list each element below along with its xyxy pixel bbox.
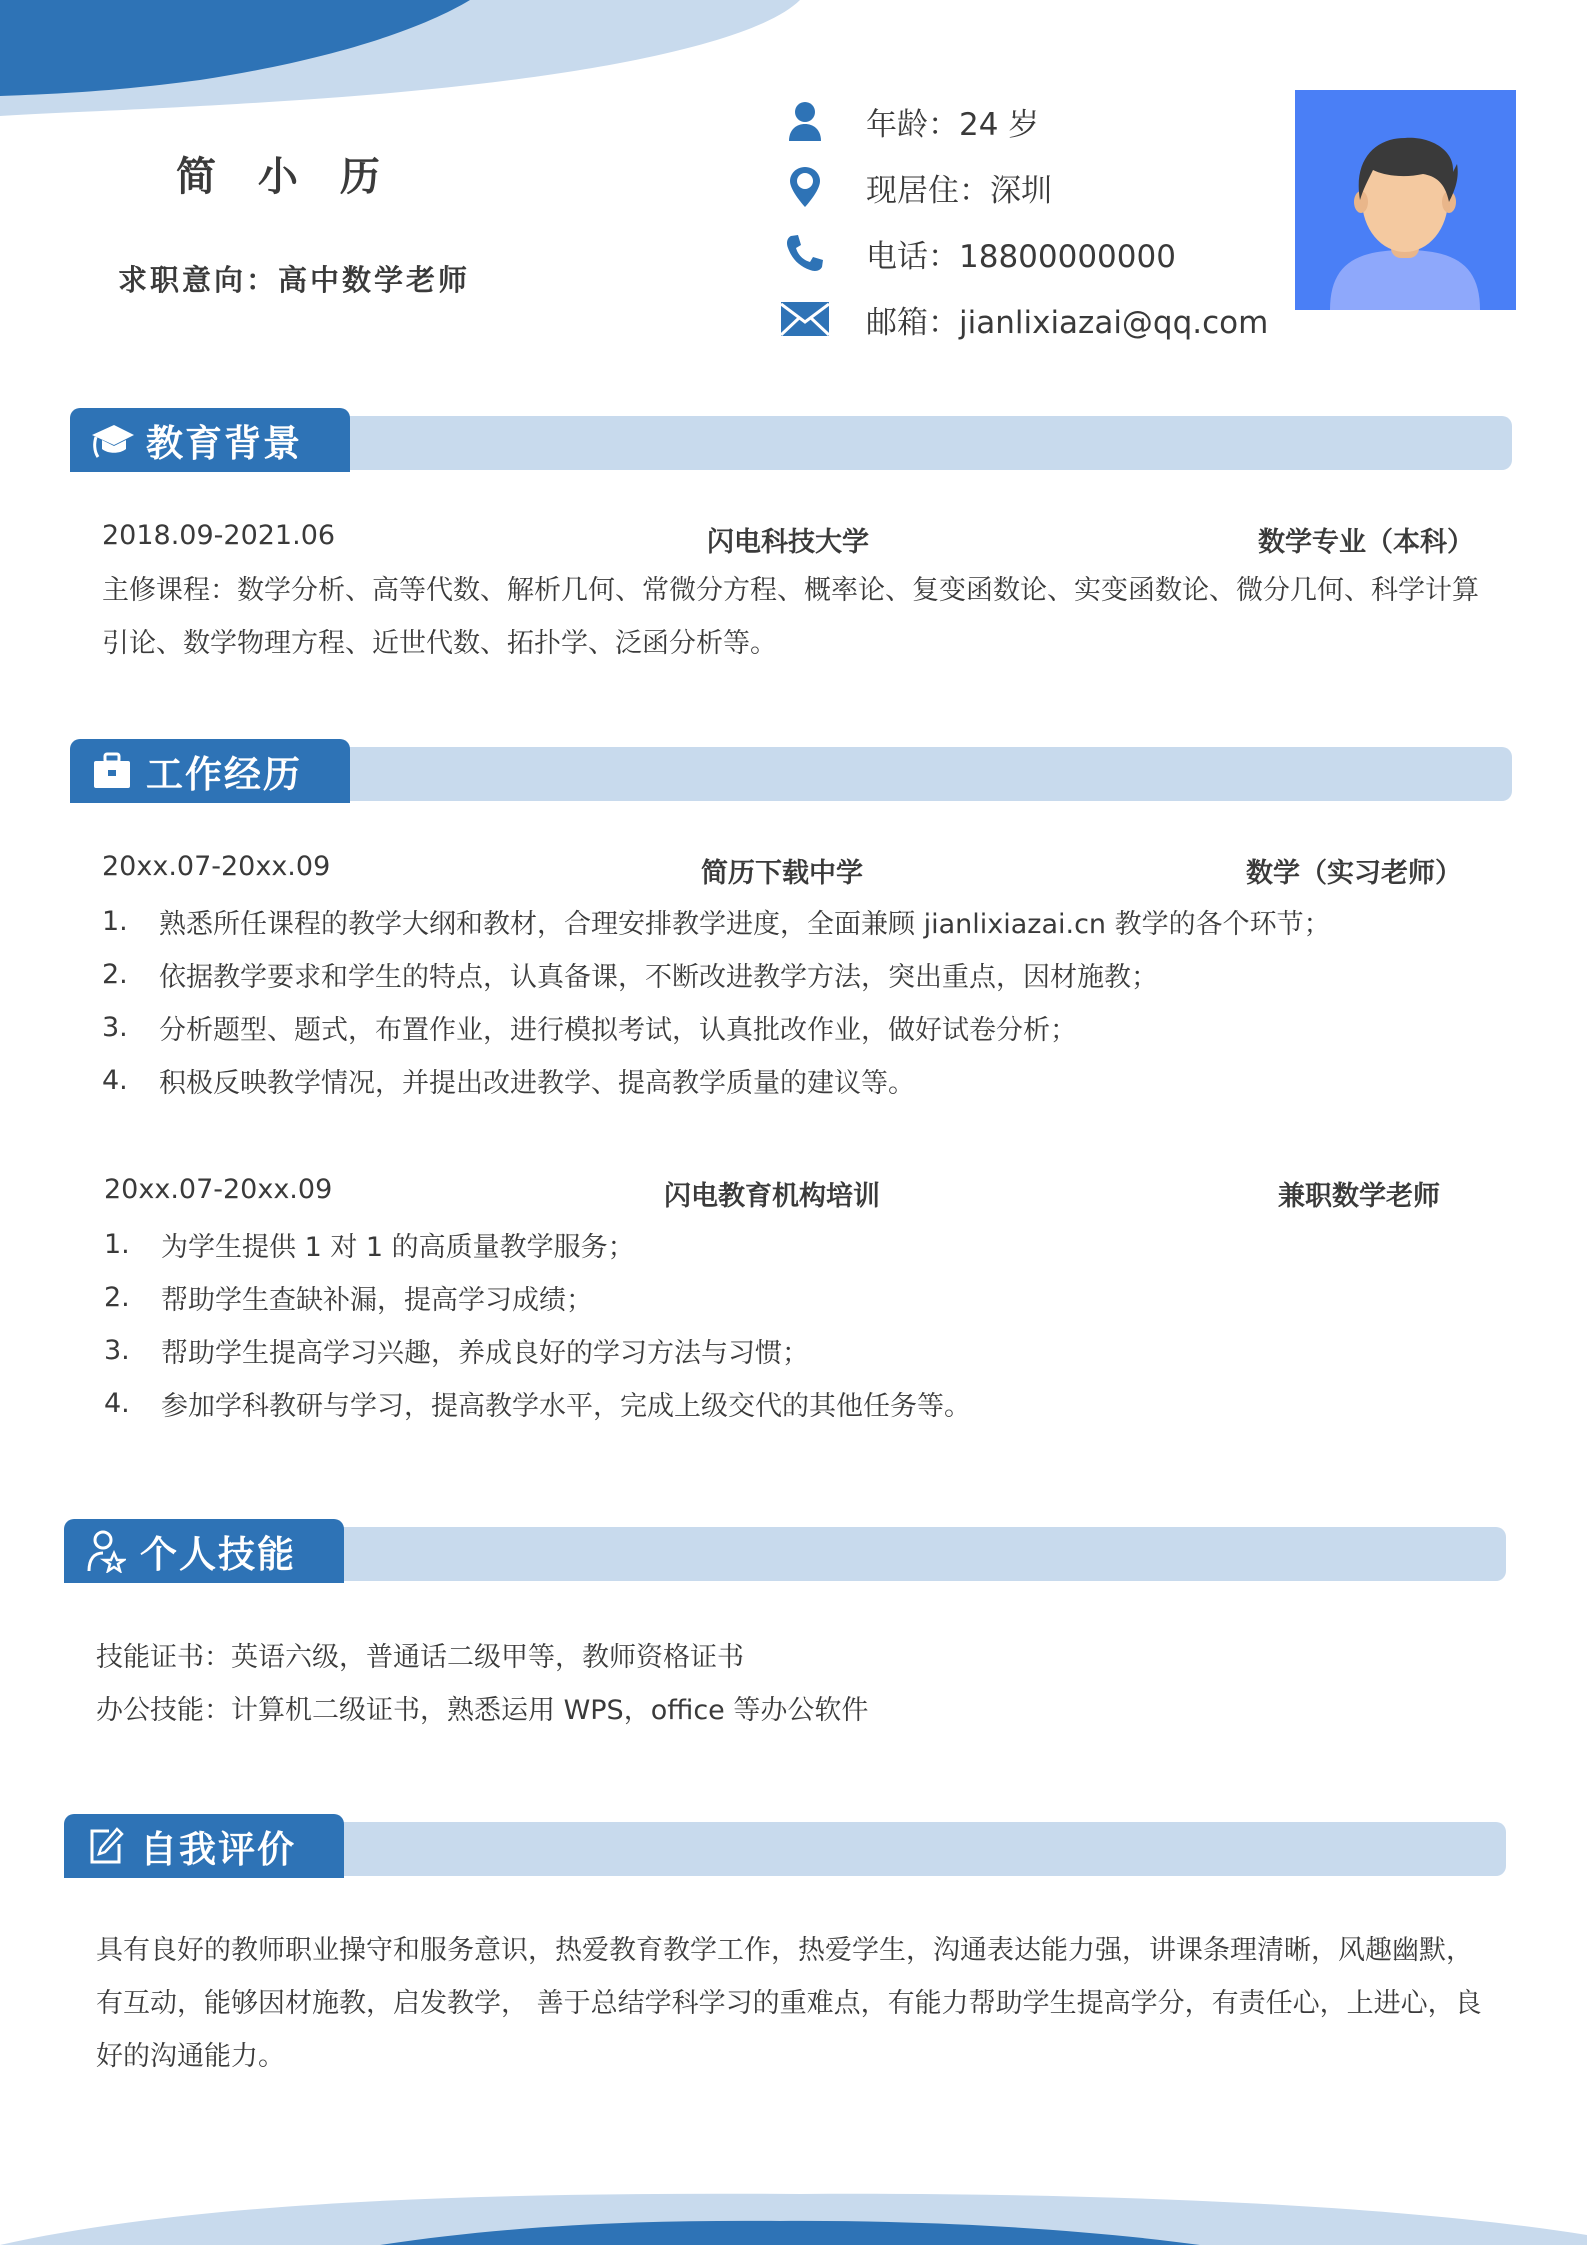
list-item: 2.帮助学生查缺补漏，提高学习成绩； — [104, 1271, 971, 1324]
skills-list: 技能证书：英语六级，普通话二级甲等，教师资格证书 办公技能：计算机二级证书，熟悉… — [96, 1631, 868, 1737]
envelope-icon — [780, 294, 830, 344]
phone-icon — [780, 228, 830, 278]
section-education-header: 教育背景 — [70, 408, 1512, 472]
info-age: 年龄：24 岁 — [780, 88, 1268, 154]
candidate-name: 简 小 历 — [176, 145, 394, 202]
job-2-duties: 1.为学生提供 1 对 1 的高质量教学服务； 2.帮助学生查缺补漏，提高学习成… — [104, 1218, 971, 1430]
job-intent: 求职意向：高中数学老师 — [118, 258, 470, 299]
list-item: 2.依据教学要求和学生的特点，认真备课，不断改进教学方法，突出重点，因材施教； — [102, 948, 1331, 1001]
job-date: 20xx.07-20xx.09 — [102, 851, 502, 890]
list-item: 4.参加学科教研与学习，提高教学水平，完成上级交代的其他任务等。 — [104, 1377, 971, 1430]
section-skills-header: 个人技能 — [64, 1519, 1506, 1583]
section-work-header: 工作经历 — [70, 739, 1512, 803]
list-item: 3.分析题型、题式，布置作业，进行模拟考试，认真批改作业，做好试卷分析； — [102, 1001, 1331, 1054]
job-role: 数学（实习老师） — [1062, 851, 1462, 890]
job-org: 简历下载中学 — [701, 851, 863, 890]
location-pin-icon — [780, 162, 830, 212]
skill-office: 办公技能：计算机二级证书，熟悉运用 WPS，office 等办公软件 — [96, 1684, 868, 1737]
education-major: 数学专业（本科） — [1074, 520, 1474, 559]
section-self-eval-header: 自我评价 — [64, 1814, 1506, 1878]
info-email: 邮箱：jianlixiazai@qq.com — [780, 286, 1268, 352]
bottom-wave-decoration — [0, 2180, 1587, 2245]
self-evaluation-text: 具有良好的教师职业操守和服务意识，热爱教育教学工作，热爱学生，沟通表达能力强，讲… — [96, 1924, 1486, 2083]
list-item: 3.帮助学生提高学习兴趣，养成良好的学习方法与习惯； — [104, 1324, 971, 1377]
avatar — [1295, 90, 1516, 310]
education-entry: 2018.09-2021.06 闪电科技大学 数学专业（本科） — [102, 520, 1474, 559]
person-icon — [780, 96, 830, 146]
edit-icon — [84, 1824, 128, 1868]
job-date: 20xx.07-20xx.09 — [104, 1174, 504, 1213]
award-person-icon — [84, 1529, 128, 1573]
info-location: 现居住：深圳 — [780, 154, 1268, 220]
list-item: 1.为学生提供 1 对 1 的高质量教学服务； — [104, 1218, 971, 1271]
skill-certificates: 技能证书：英语六级，普通话二级甲等，教师资格证书 — [96, 1631, 868, 1684]
education-date: 2018.09-2021.06 — [102, 520, 502, 559]
job-entry-2: 20xx.07-20xx.09 闪电教育机构培训 兼职数学老师 — [104, 1174, 1440, 1213]
job-entry-1: 20xx.07-20xx.09 简历下载中学 数学（实习老师） — [102, 851, 1462, 890]
contact-info: 年龄：24 岁 现居住：深圳 电话：18800000000 邮箱：jianlix… — [780, 88, 1268, 352]
education-courses: 主修课程：数学分析、高等代数、解析几何、常微分方程、概率论、复变函数论、实变函数… — [102, 564, 1502, 670]
info-phone: 电话：18800000000 — [780, 220, 1268, 286]
briefcase-icon — [90, 749, 134, 793]
list-item: 4.积极反映教学情况，并提出改进教学、提高教学质量的建议等。 — [102, 1054, 1331, 1107]
graduation-cap-icon — [90, 418, 134, 462]
list-item: 1.熟悉所任课程的教学大纲和教材，合理安排教学进度，全面兼顾 jianlixia… — [102, 895, 1331, 948]
education-school: 闪电科技大学 — [707, 520, 869, 559]
job-1-duties: 1.熟悉所任课程的教学大纲和教材，合理安排教学进度，全面兼顾 jianlixia… — [102, 895, 1331, 1107]
job-role: 兼职数学老师 — [1040, 1174, 1440, 1213]
job-org: 闪电教育机构培训 — [664, 1174, 880, 1213]
